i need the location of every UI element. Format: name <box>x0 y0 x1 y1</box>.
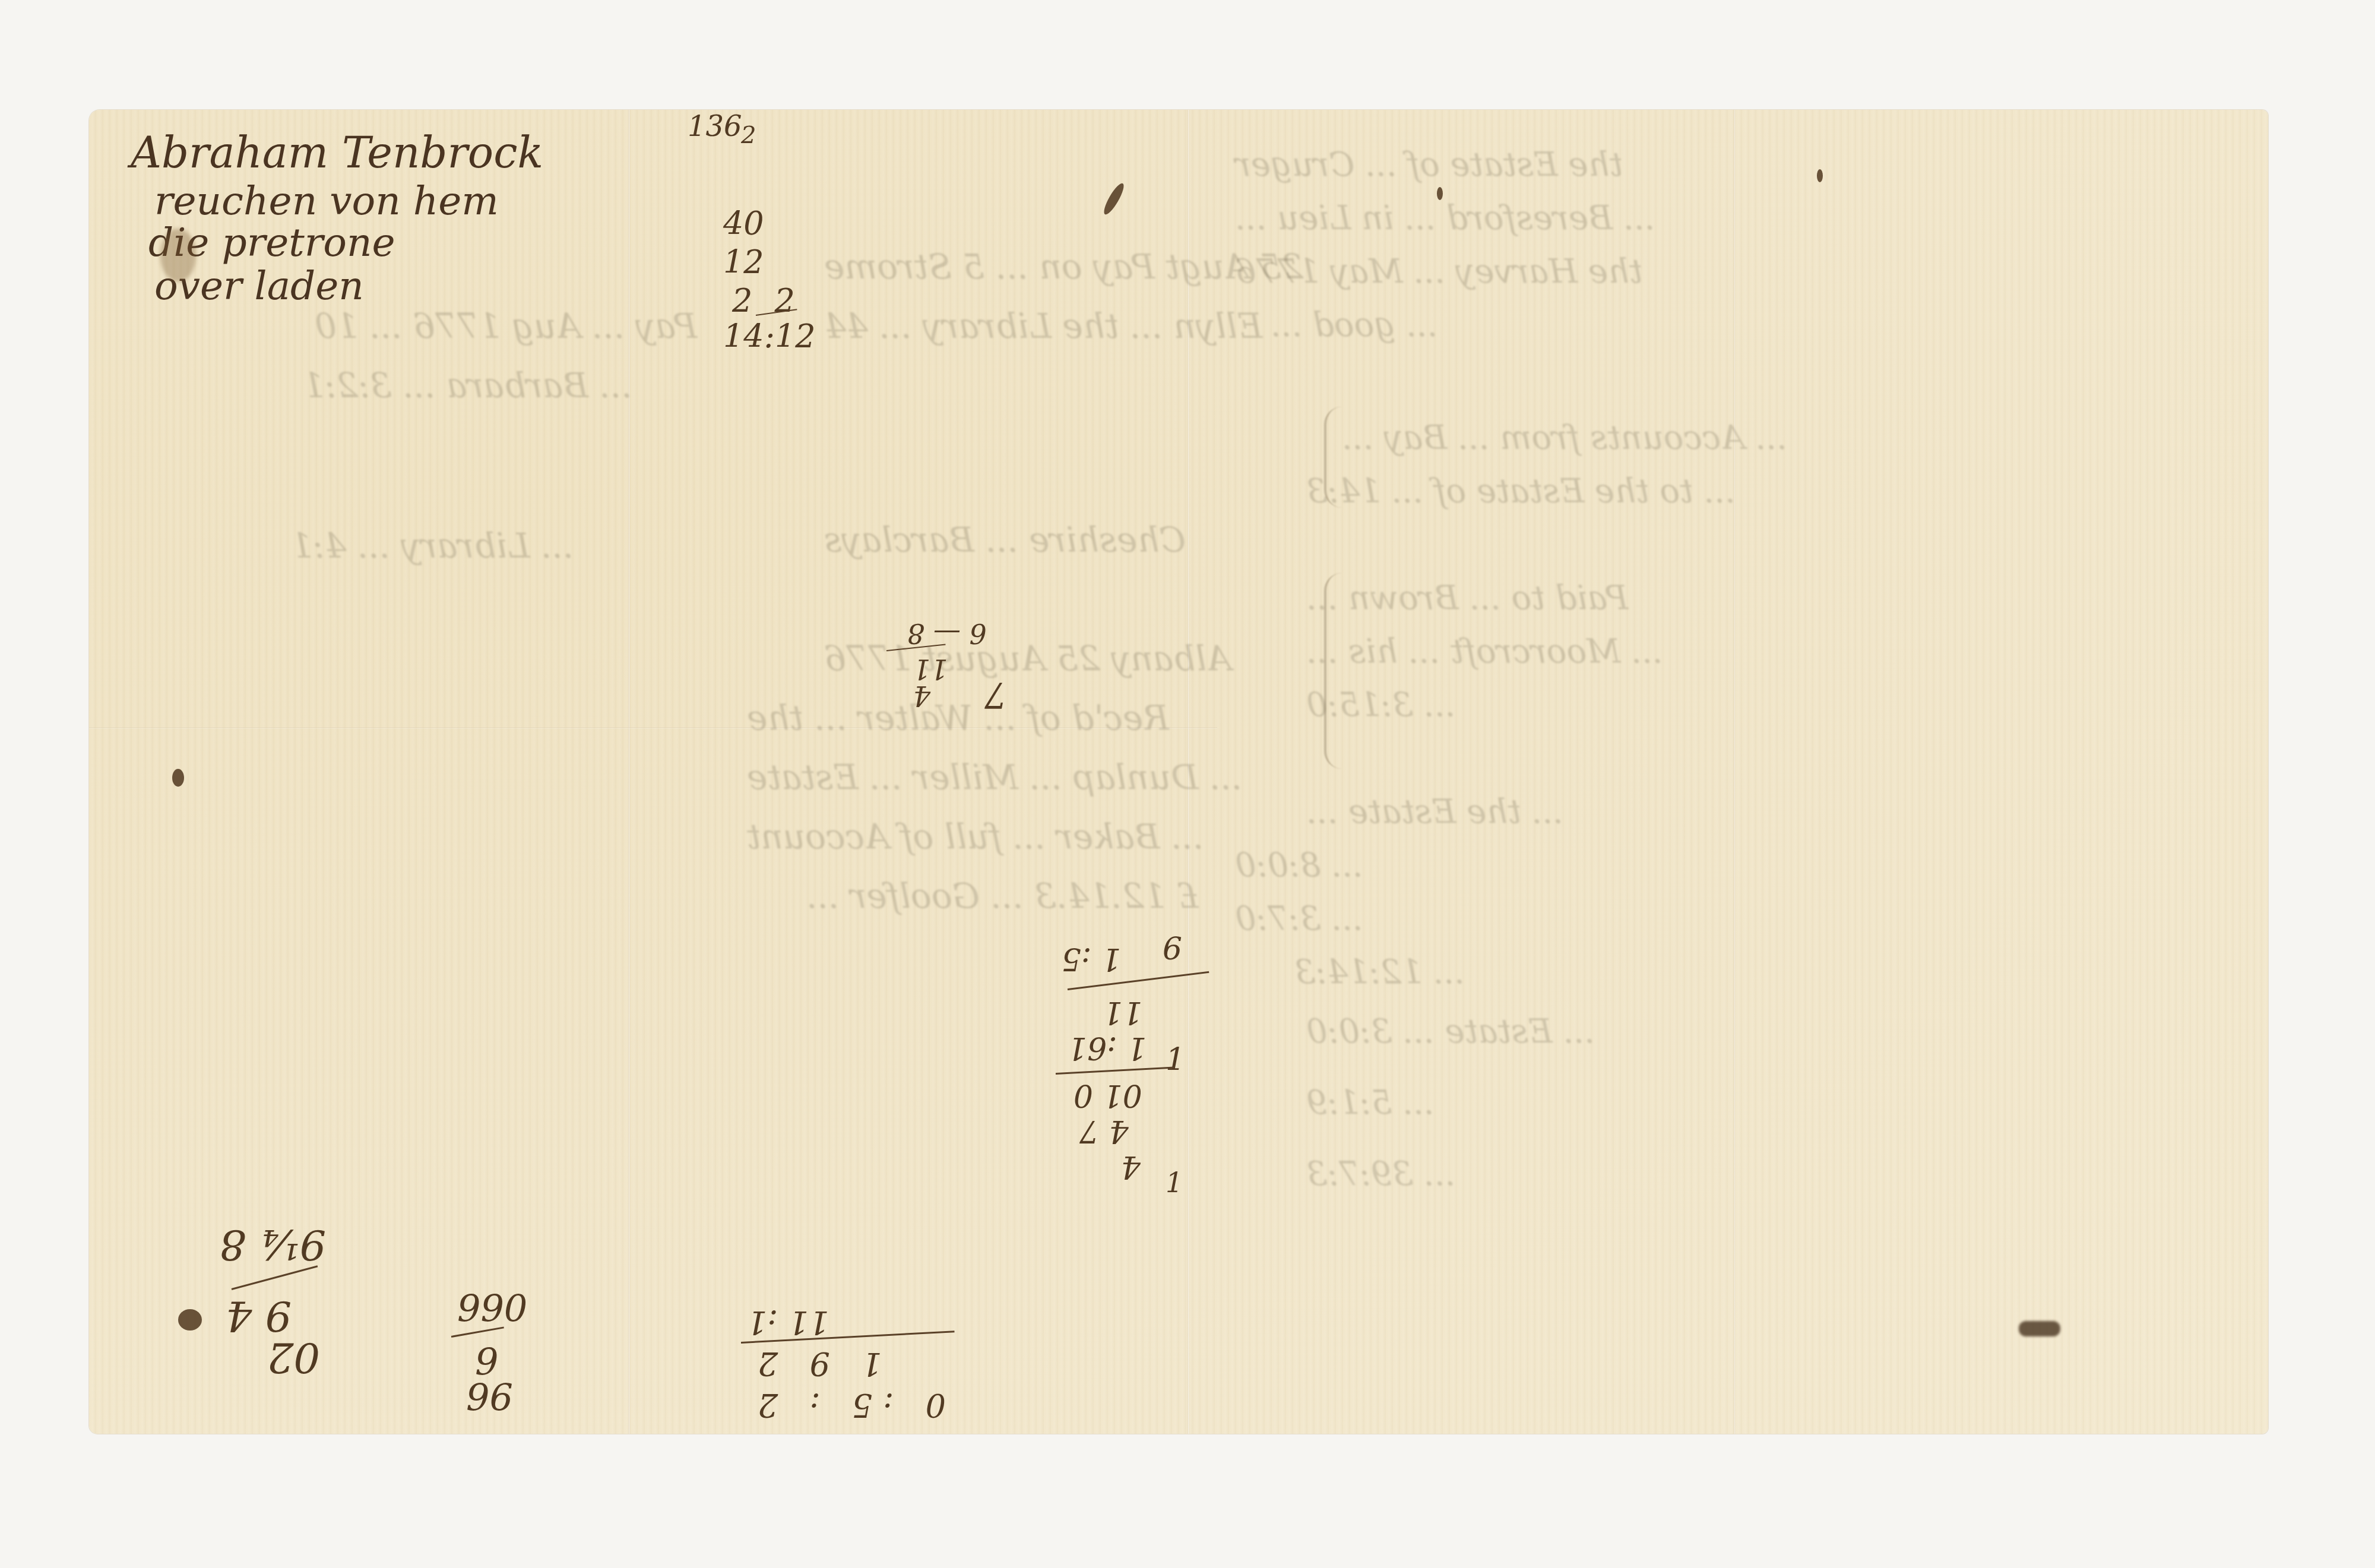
bleed-text: ... Dunlap ... Miller ... Estate <box>747 757 1242 797</box>
ink-dot <box>1817 169 1823 182</box>
panel-3-4-bleed-through: the Estate of ... Cruger ... Beresford .… <box>1187 110 2268 1434</box>
figure: 11 :1 <box>747 1303 829 1341</box>
bleed-line: ... 39:7:3 <box>1306 1155 1455 1193</box>
ink-stain <box>1101 181 1127 217</box>
bleed-line: ... Moorcroft ... his ... <box>1306 632 1663 671</box>
bleed-line: ... to the Estate of ... 14:3 <box>1306 472 1736 511</box>
figure: 4 <box>913 680 930 712</box>
bleed-line: ... 8:0:0 <box>1235 846 1363 885</box>
bleed-line: ... 5:1:9 <box>1306 1084 1434 1122</box>
side-mark: 1 <box>1166 1042 1185 1078</box>
bleed-line: ... the Estate ... <box>1306 793 1563 831</box>
sum-item-2: 12 <box>723 243 764 281</box>
inverted-calc-row: 4 <box>1121 1149 1141 1184</box>
inverted-figures-b-3: 96 <box>466 1374 513 1418</box>
bleed-text: ... Library ... 4:1 <box>291 525 574 566</box>
bleed-line: Paid to ... Brown ... <box>1306 579 1628 617</box>
bleed-text: ... Baker ... full of Account <box>747 816 1204 857</box>
sum-total: 14:12 <box>723 318 816 355</box>
inverted-figures-mid-4: 7 <box>984 674 1007 715</box>
ink-blot <box>2019 1321 2060 1336</box>
inverted-bottom-row: 0 :5 : 2 <box>747 1386 946 1424</box>
inverted-figures-mid: 6 — 8 <box>907 617 987 650</box>
figure: 01 0 <box>1073 1078 1142 1113</box>
figure: 96 <box>466 1374 513 1418</box>
panel-2: 136 2 40 12 2 2 14:12 25 Augt Pay on ...… <box>628 110 1187 1434</box>
pencil-page-number: 136 <box>688 110 742 143</box>
bracket-mark <box>1324 407 1350 508</box>
inverted-calc-row: 11 <box>1103 994 1142 1030</box>
figure: 1 :61 <box>1068 1030 1147 1066</box>
inverted-calc-row: 1 :61 <box>1068 1030 1147 1066</box>
sum-rule <box>232 1265 318 1290</box>
bleed-text: £ 12.14.3 ... Goolfer ... <box>806 876 1199 916</box>
bleed-line: the Estate of ... Cruger <box>1235 145 1623 184</box>
inverted-figures-a-3: 02 <box>267 1333 320 1382</box>
ink-dot <box>1437 187 1443 200</box>
figure: 6 — 8 <box>907 617 987 650</box>
heading-line-1: Abraham Tenbrock <box>131 128 543 178</box>
inverted-calc-top: 1 :5 <box>1062 941 1121 977</box>
sum-rule <box>1056 1067 1174 1075</box>
figure: 4 7 <box>1079 1113 1129 1149</box>
ink-stain <box>172 769 184 787</box>
figure: 11 <box>1103 994 1142 1030</box>
inverted-figures-a: 9¼ 8 <box>220 1220 326 1269</box>
bleed-line: ... good ... <box>1271 306 1438 344</box>
sum-item-1: 40 <box>723 205 764 242</box>
figure: 1 9 2 <box>747 1345 882 1382</box>
inverted-bottom-row: 1 9 2 <box>747 1345 882 1382</box>
bracket-mark <box>1324 573 1350 769</box>
inverted-bottom-top: 11 :1 <box>747 1303 829 1341</box>
bleed-line: ... Accounts from ... Bay ... <box>1342 419 1787 457</box>
figure: 9¼ 8 <box>220 1220 326 1269</box>
side-mark: 1 <box>1166 1167 1183 1199</box>
bleed-line: ... Estate ... 3:0:0 <box>1306 1012 1595 1051</box>
inverted-calc-row: 01 0 <box>1073 1078 1142 1113</box>
inverted-figures-b: 066 <box>457 1285 527 1329</box>
bleed-text: Rec'd of ... Walter ... the <box>747 698 1169 738</box>
figure: 1 :5 <box>1062 941 1121 977</box>
bleed-text: Albany 25 August 1776 <box>824 638 1231 679</box>
corner-ink-mark: 2 <box>741 122 756 149</box>
bleed-line: ... 12:14:3 <box>1294 953 1465 992</box>
bleed-line: ... 3:7:0 <box>1235 899 1363 938</box>
inverted-calc-row: 4 7 <box>1079 1113 1129 1149</box>
figure: 0 :5 : 2 <box>747 1386 946 1424</box>
figure: 7 <box>984 674 1007 715</box>
paper-sheet: Abraham Tenbrock reuchen von hem die pre… <box>89 110 2268 1434</box>
inverted-figures-mid-3: 4 <box>913 680 930 712</box>
figure: 4 <box>1121 1149 1141 1184</box>
figure: 9 <box>1163 929 1182 965</box>
pencil-mark: 9 <box>1163 929 1182 965</box>
figure: 066 <box>457 1285 527 1329</box>
ink-blot <box>178 1309 202 1331</box>
bleed-line: the Harvey ... May 1776 <box>1235 252 1643 291</box>
bleed-text: Cheshire ... Barclays <box>824 520 1186 560</box>
bleed-text: ... Barbara ... 3:2:1 <box>303 365 632 406</box>
panel-1: Abraham Tenbrock reuchen von hem die pre… <box>89 110 628 1434</box>
heading-line-2: reuchen von hem <box>154 178 499 224</box>
bleed-line: ... Beresford ... in Lieu ... <box>1235 199 1655 237</box>
figure: 02 <box>267 1333 320 1382</box>
ink-stain <box>160 229 196 282</box>
